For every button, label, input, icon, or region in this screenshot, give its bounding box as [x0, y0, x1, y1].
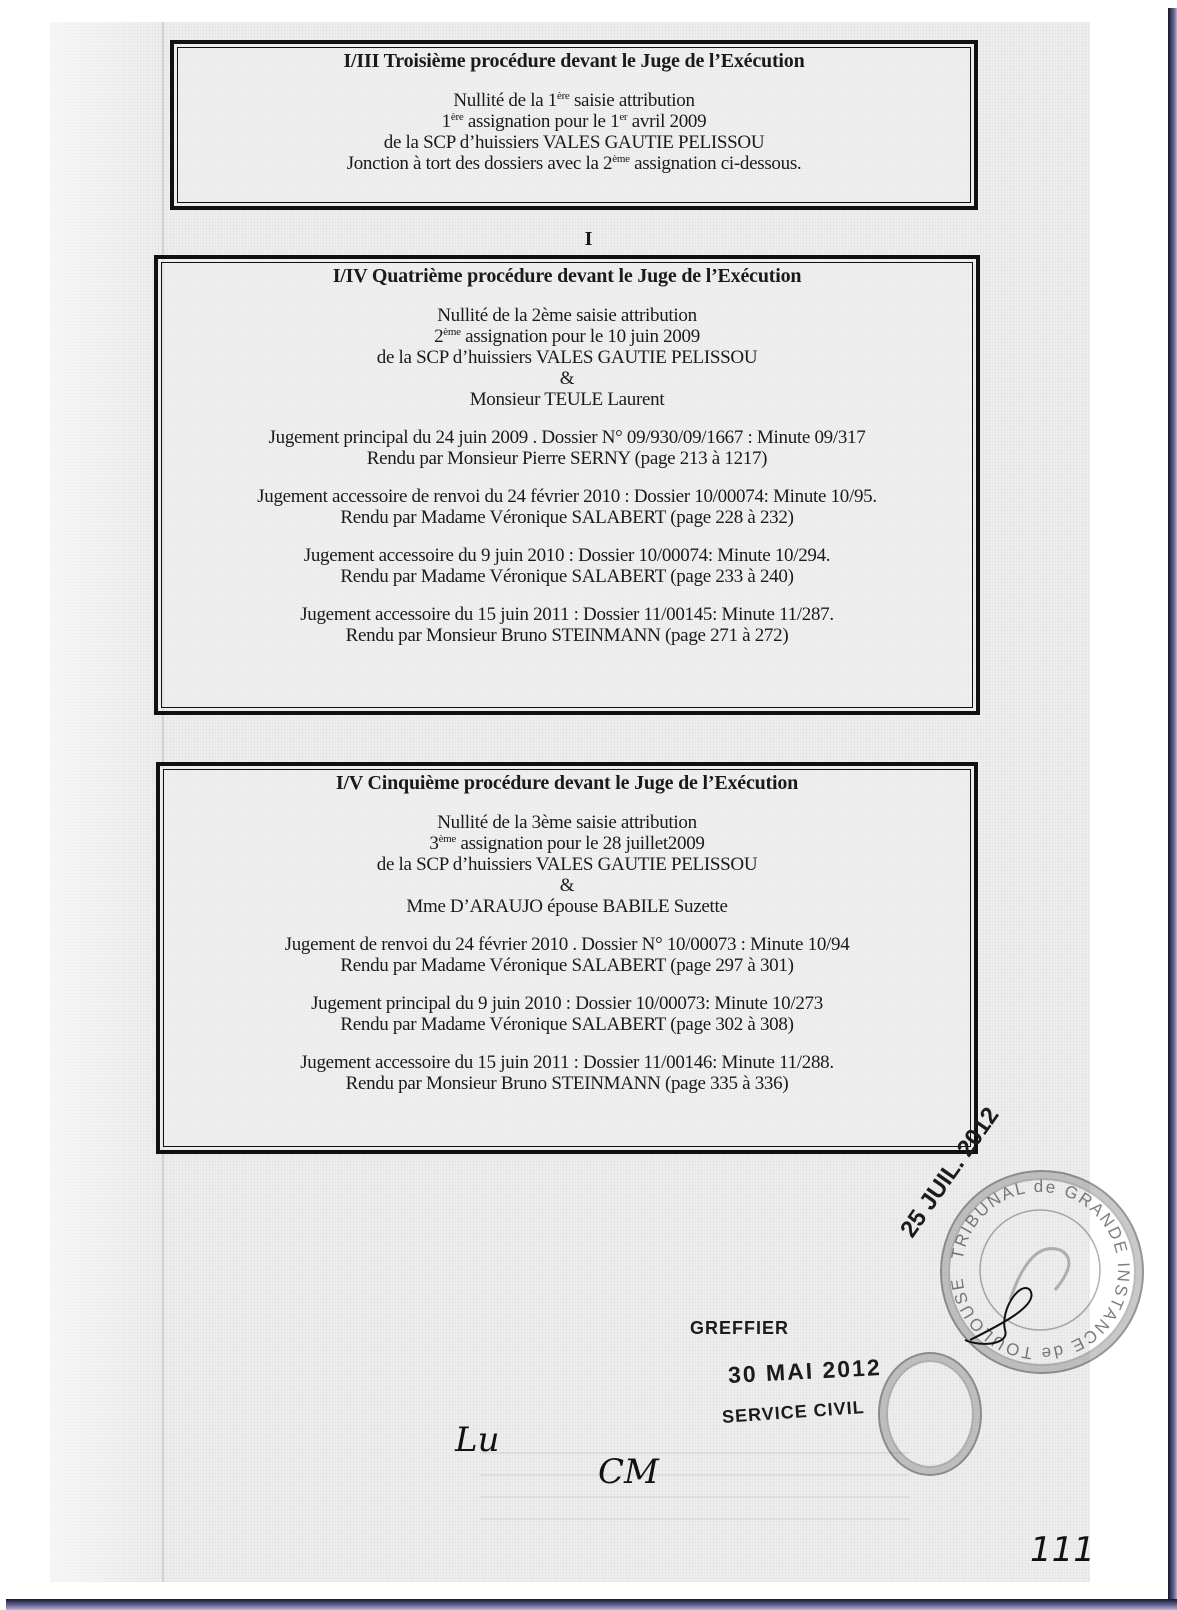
procedure-box-troisieme: I/III Troisième procédure devant le Juge…	[170, 40, 978, 210]
procedure-box-cinquieme: I/V Cinquième procédure devant le Juge d…	[156, 762, 978, 1154]
box-title: I/III Troisième procédure devant le Juge…	[174, 50, 974, 73]
bleed-through-text	[480, 1440, 910, 1520]
box-line: 2ème assignation pour le 10 juin 2009	[158, 326, 976, 347]
signature-icon	[960, 1285, 1050, 1345]
judgment-entry: Jugement accessoire du 9 juin 2010 : Dos…	[158, 545, 976, 587]
handwritten-initials: CM	[598, 1452, 659, 1492]
box-line: Mme D’ARAUJO épouse BABILE Suzette	[160, 896, 974, 917]
judgment-entry: Jugement principal du 24 juin 2009 . Dos…	[158, 427, 976, 469]
judgment-entry: Jugement accessoire de renvoi du 24 févr…	[158, 486, 976, 528]
handwritten-page-number: 111	[1030, 1530, 1095, 1570]
judgment-entry: Jugement accessoire du 15 juin 2011 : Do…	[160, 1052, 974, 1094]
judgment-judge: Rendu par Monsieur Bruno STEINMANN (page…	[158, 625, 976, 646]
box-line: 1ère assignation pour le 1er avril 2009	[174, 111, 974, 132]
judgment-reference: Jugement accessoire du 15 juin 2011 : Do…	[160, 1052, 974, 1073]
judgment-entry: Jugement de renvoi du 24 février 2010 . …	[160, 934, 974, 976]
judgment-judge: Rendu par Madame Véronique SALABERT (pag…	[160, 955, 974, 976]
box-line: Nullité de la 3ème saisie attribution	[160, 812, 974, 833]
judgment-reference: Jugement de renvoi du 24 février 2010 . …	[160, 934, 974, 955]
box-line: Monsieur TEULE Laurent	[158, 389, 976, 410]
box-line: Nullité de la 1ère saisie attribution	[174, 90, 974, 111]
box-line: Jonction à tort des dossiers avec la 2èm…	[174, 153, 974, 174]
section-separator: I	[0, 228, 1177, 251]
judgment-judge: Rendu par Monsieur Pierre SERNY (page 21…	[158, 448, 976, 469]
judgment-reference: Jugement accessoire de renvoi du 24 févr…	[158, 486, 976, 507]
judgment-reference: Jugement accessoire du 15 juin 2011 : Do…	[158, 604, 976, 625]
greffier-stamp: GREFFIER	[690, 1318, 789, 1339]
page-shadow-bottom	[6, 1599, 1177, 1610]
judgment-judge: Rendu par Madame Véronique SALABERT (pag…	[158, 566, 976, 587]
box-line: de la SCP d’huissiers VALES GAUTIE PELIS…	[174, 132, 974, 153]
box-line: &	[158, 368, 976, 389]
box-line: Nullité de la 2ème saisie attribution	[158, 305, 976, 326]
box-line: de la SCP d’huissiers VALES GAUTIE PELIS…	[158, 347, 976, 368]
box-title: I/IV Quatrième procédure devant le Juge …	[158, 265, 976, 288]
judgment-reference: Jugement accessoire du 9 juin 2010 : Dos…	[158, 545, 976, 566]
judgment-entry: Jugement accessoire du 15 juin 2011 : Do…	[158, 604, 976, 646]
judgment-judge: Rendu par Monsieur Bruno STEINMANN (page…	[160, 1073, 974, 1094]
judgment-judge: Rendu par Madame Véronique SALABERT (pag…	[158, 507, 976, 528]
box-line: de la SCP d’huissiers VALES GAUTIE PELIS…	[160, 854, 974, 875]
judgment-reference: Jugement principal du 9 juin 2010 : Doss…	[160, 993, 974, 1014]
handwritten-initials: Lu	[455, 1420, 499, 1460]
scan-edge	[50, 22, 160, 1582]
box-line: 3ème assignation pour le 28 juillet2009	[160, 833, 974, 854]
box-line: &	[160, 875, 974, 896]
judgment-reference: Jugement principal du 24 juin 2009 . Dos…	[158, 427, 976, 448]
judgment-judge: Rendu par Madame Véronique SALABERT (pag…	[160, 1014, 974, 1035]
box-title: I/V Cinquième procédure devant le Juge d…	[160, 772, 974, 795]
procedure-box-quatrieme: I/IV Quatrième procédure devant le Juge …	[154, 255, 980, 715]
judgment-entry: Jugement principal du 9 juin 2010 : Doss…	[160, 993, 974, 1035]
